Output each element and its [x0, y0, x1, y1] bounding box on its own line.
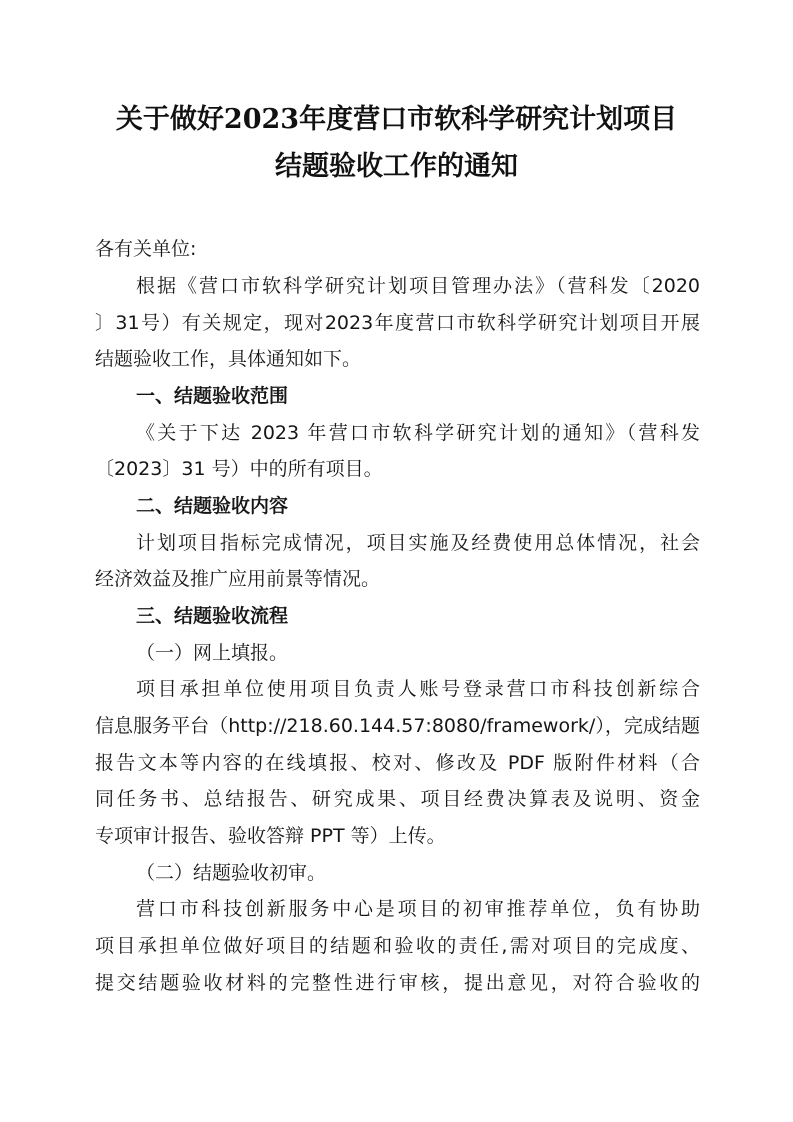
subsection-preliminary-review-line: 项目承担单位做好项目的结题和验收的责任,需对项目的完成度、: [95, 933, 700, 959]
intro-line: 〕31号）有关规定，现对2023年度营口市软科学研究计划项目开展: [95, 310, 700, 336]
section-heading-process: 三、结题验收流程: [136, 603, 700, 629]
subsection-online-filing-line: 报告文本等内容的在线填报、校对、修改及 PDF 版附件材料（合: [95, 750, 700, 776]
document-title-line-2: 结题验收工作的通知: [0, 150, 793, 184]
document-title-line-1: 关于做好2023年度营口市软科学研究计划项目: [0, 103, 793, 137]
subsection-online-filing-line: 信息服务平台（http://218.60.144.57:8080/framewo…: [95, 713, 700, 739]
subsection-preliminary-review-line: 营口市科技创新服务中心是项目的初审推荐单位，负有协助: [136, 896, 700, 922]
section-scope-line: 《关于下达 2023 年营口市软科学研究计划的通知》（营科发: [136, 420, 700, 446]
section-content-line: 经济效益及推广应用前景等情况。: [95, 566, 700, 592]
salutation: 各有关单位:: [95, 236, 700, 262]
subsection-heading-online-filing: （一）网上填报。: [136, 640, 700, 666]
document-page: 关于做好2023年度营口市软科学研究计划项目 结题验收工作的通知 各有关单位: …: [0, 0, 793, 1122]
section-heading-content: 二、结题验收内容: [136, 493, 700, 519]
intro-line: 结题验收工作，具体通知如下。: [95, 346, 700, 372]
subsection-online-filing-line: 同任务书、总结报告、研究成果、项目经费决算表及说明、资金: [95, 786, 700, 812]
intro-line: 根据《营口市软科学研究计划项目管理办法》（营科发〔2020: [136, 273, 700, 299]
section-heading-scope: 一、结题验收范围: [136, 383, 700, 409]
subsection-online-filing-line: 专项审计报告、验收答辩 PPT 等）上传。: [95, 823, 700, 849]
subsection-preliminary-review-line: 提交结题验收材料的完整性进行审核，提出意见，对符合验收的: [95, 970, 700, 996]
subsection-heading-preliminary-review: （二）结题验收初审。: [136, 860, 700, 886]
section-content-line: 计划项目指标完成情况，项目实施及经费使用总体情况，社会: [136, 530, 700, 556]
subsection-online-filing-line: 项目承担单位使用项目负责人账号登录营口市科技创新综合: [136, 676, 700, 702]
section-scope-line: 〔2023〕31 号）中的所有项目。: [95, 456, 700, 482]
